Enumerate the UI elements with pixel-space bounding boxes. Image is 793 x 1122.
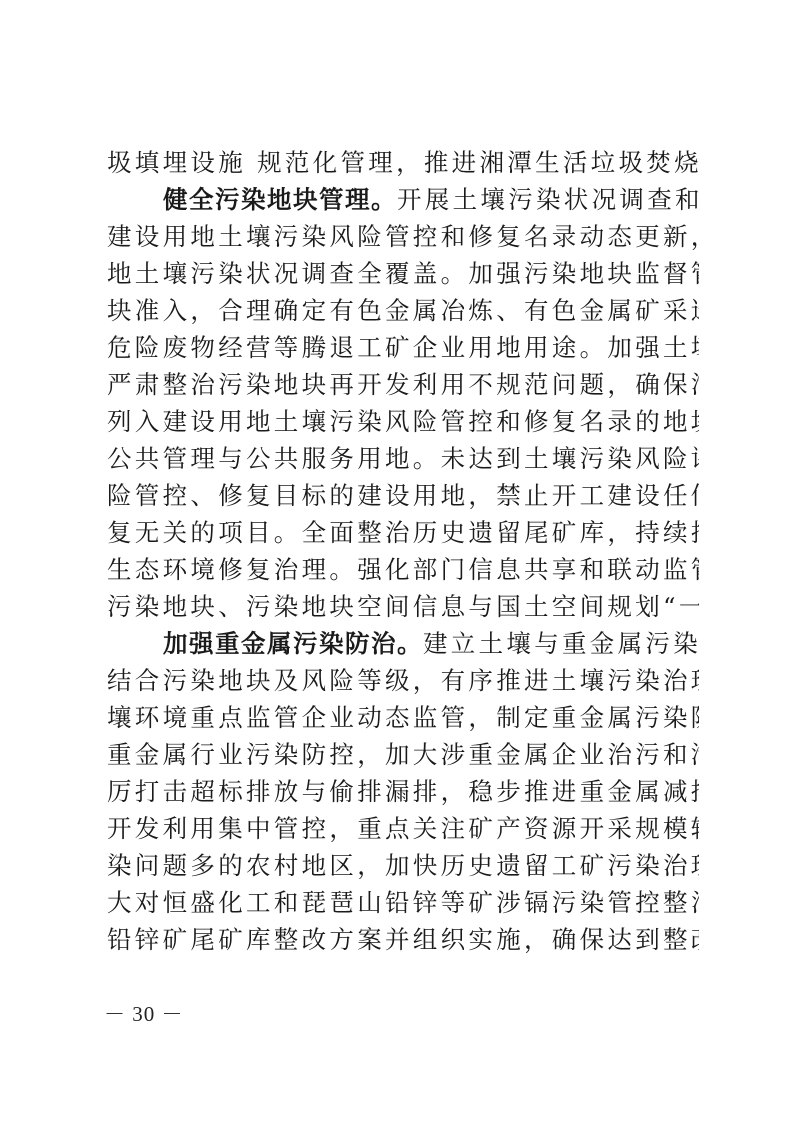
line-text: 块准入，合理确定有色金属冶炼、有色金属矿采选、化工、电镀、 [107,296,699,325]
text-line: 险管控、修复目标的建设用地，禁止开工建设任何与风险管控、修 [107,479,699,516]
text-line: 公共管理与公共服务用地。未达到土壤污染风险评估报告确定的风 [107,442,699,479]
text-line: 大对恒盛化工和琵琶山铅锌等矿涉镉污染管控整治力度，制定新隆 [107,886,699,923]
line-text: 铅锌矿尾矿库整改方案并组织实施，确保达到整改要求。 [107,925,699,954]
line-text: 公共管理与公共服务用地。未达到土壤污染风险评估报告确定的风 [107,444,699,473]
text-line: 建设用地土壤污染风险管控和修复名录动态更新，推动全县建设用 [107,220,699,257]
text-line: 污染地块、污染地块空间信息与国土空间规划“一张图”管理。 [107,590,699,627]
paragraph-start-line: 加强重金属污染防治。建立土壤与重金属污染防治项目储备库， [107,627,699,664]
body-text: 圾填埋设施 规范化管理，推进湘潭生活垃圾焚烧发电项目稳定运行。 健全污染地块管理… [107,146,699,960]
page-number: － 30 － [104,998,184,1028]
text-line: 严肃整治污染地块再开发利用不规范问题，确保污染地块安全利用， [107,368,699,405]
document-page: 圾填埋设施 规范化管理，推进湘潭生活垃圾焚烧发电项目稳定运行。 健全污染地块管理… [0,0,793,1122]
text-line: 复无关的项目。全面整治历史遗留尾矿库，持续推进矿区及沉陷区 [107,516,699,553]
text-line: 危险废物经营等腾退工矿企业用地用途。加强土壤污染管控与修复， [107,331,699,368]
line-text: 生态环境修复治理。强化部门信息共享和联动监管，推进实现疑似 [107,555,699,584]
text-line: 地土壤污染状况调查全覆盖。加强污染地块监督管理，严格污染地 [107,257,699,294]
line-text: 重金属行业污染防控，加大涉重金属企业治污和清洁改造力度，严 [107,740,699,769]
line-text: 建立土壤与重金属污染防治项目储备库， [423,629,699,658]
text-line: 结合污染地块及风险等级，有序推进土壤污染治理与修复。实施土 [107,664,699,701]
section-heading: 加强重金属污染防治。 [163,629,423,658]
line-text: 列入建设用地土壤污染风险管控和修复名录的地块，不得作为住宅、 [107,407,699,436]
line-text: 圾填埋设施 规范化管理，推进湘潭生活垃圾焚烧发电项目稳定运行。 [107,148,699,177]
line-text: 染问题多的农村地区，加快历史遗留工矿污染治理和生态修复。加 [107,851,699,880]
line-text: 开发利用集中管控，重点关注矿产资源开采规模较大、历史遗留污 [107,814,699,843]
text-line: 厉打击超标排放与偷排漏排，稳步推进重金属减排。实施矿产资源 [107,775,699,812]
text-line: 铅锌矿尾矿库整改方案并组织实施，确保达到整改要求。 [107,923,699,960]
text-line: 列入建设用地土壤污染风险管控和修复名录的地块，不得作为住宅、 [107,405,699,442]
text-line: 开发利用集中管控，重点关注矿产资源开采规模较大、历史遗留污 [107,812,699,849]
text-line: 生态环境修复治理。强化部门信息共享和联动监管，推进实现疑似 [107,553,699,590]
paragraph-start-line: 健全污染地块管理。开展土壤污染状况调查和风险评估，加强 [107,183,699,220]
line-text: 地土壤污染状况调查全覆盖。加强污染地块监督管理，严格污染地 [107,259,699,288]
line-text: 大对恒盛化工和琵琶山铅锌等矿涉镉污染管控整治力度，制定新隆 [107,888,699,917]
line-text: 壤环境重点监管企业动态监管，制定重金属污染防治方案。加强涉 [107,703,699,732]
line-text: 危险废物经营等腾退工矿企业用地用途。加强土壤污染管控与修复， [107,333,699,362]
text-line: 染问题多的农村地区，加快历史遗留工矿污染治理和生态修复。加 [107,849,699,886]
line-text: 险管控、修复目标的建设用地，禁止开工建设任何与风险管控、修 [107,481,699,510]
text-line: 块准入，合理确定有色金属冶炼、有色金属矿采选、化工、电镀、 [107,294,699,331]
text-line: 重金属行业污染防控，加大涉重金属企业治污和清洁改造力度，严 [107,738,699,775]
line-text: 复无关的项目。全面整治历史遗留尾矿库，持续推进矿区及沉陷区 [107,518,699,547]
section-heading: 健全污染地块管理。 [163,185,397,214]
line-text: 开展土壤污染状况调查和风险评估，加强 [397,185,699,214]
line-text: 污染地块、污染地块空间信息与国土空间规划“一张图”管理。 [107,592,699,621]
text-line: 圾填埋设施 规范化管理，推进湘潭生活垃圾焚烧发电项目稳定运行。 [107,146,699,183]
line-text: 厉打击超标排放与偷排漏排，稳步推进重金属减排。实施矿产资源 [107,777,699,806]
line-text: 严肃整治污染地块再开发利用不规范问题，确保污染地块安全利用， [107,370,699,399]
line-text: 结合污染地块及风险等级，有序推进土壤污染治理与修复。实施土 [107,666,699,695]
line-text: 建设用地土壤污染风险管控和修复名录动态更新，推动全县建设用 [107,222,699,251]
text-line: 壤环境重点监管企业动态监管，制定重金属污染防治方案。加强涉 [107,701,699,738]
